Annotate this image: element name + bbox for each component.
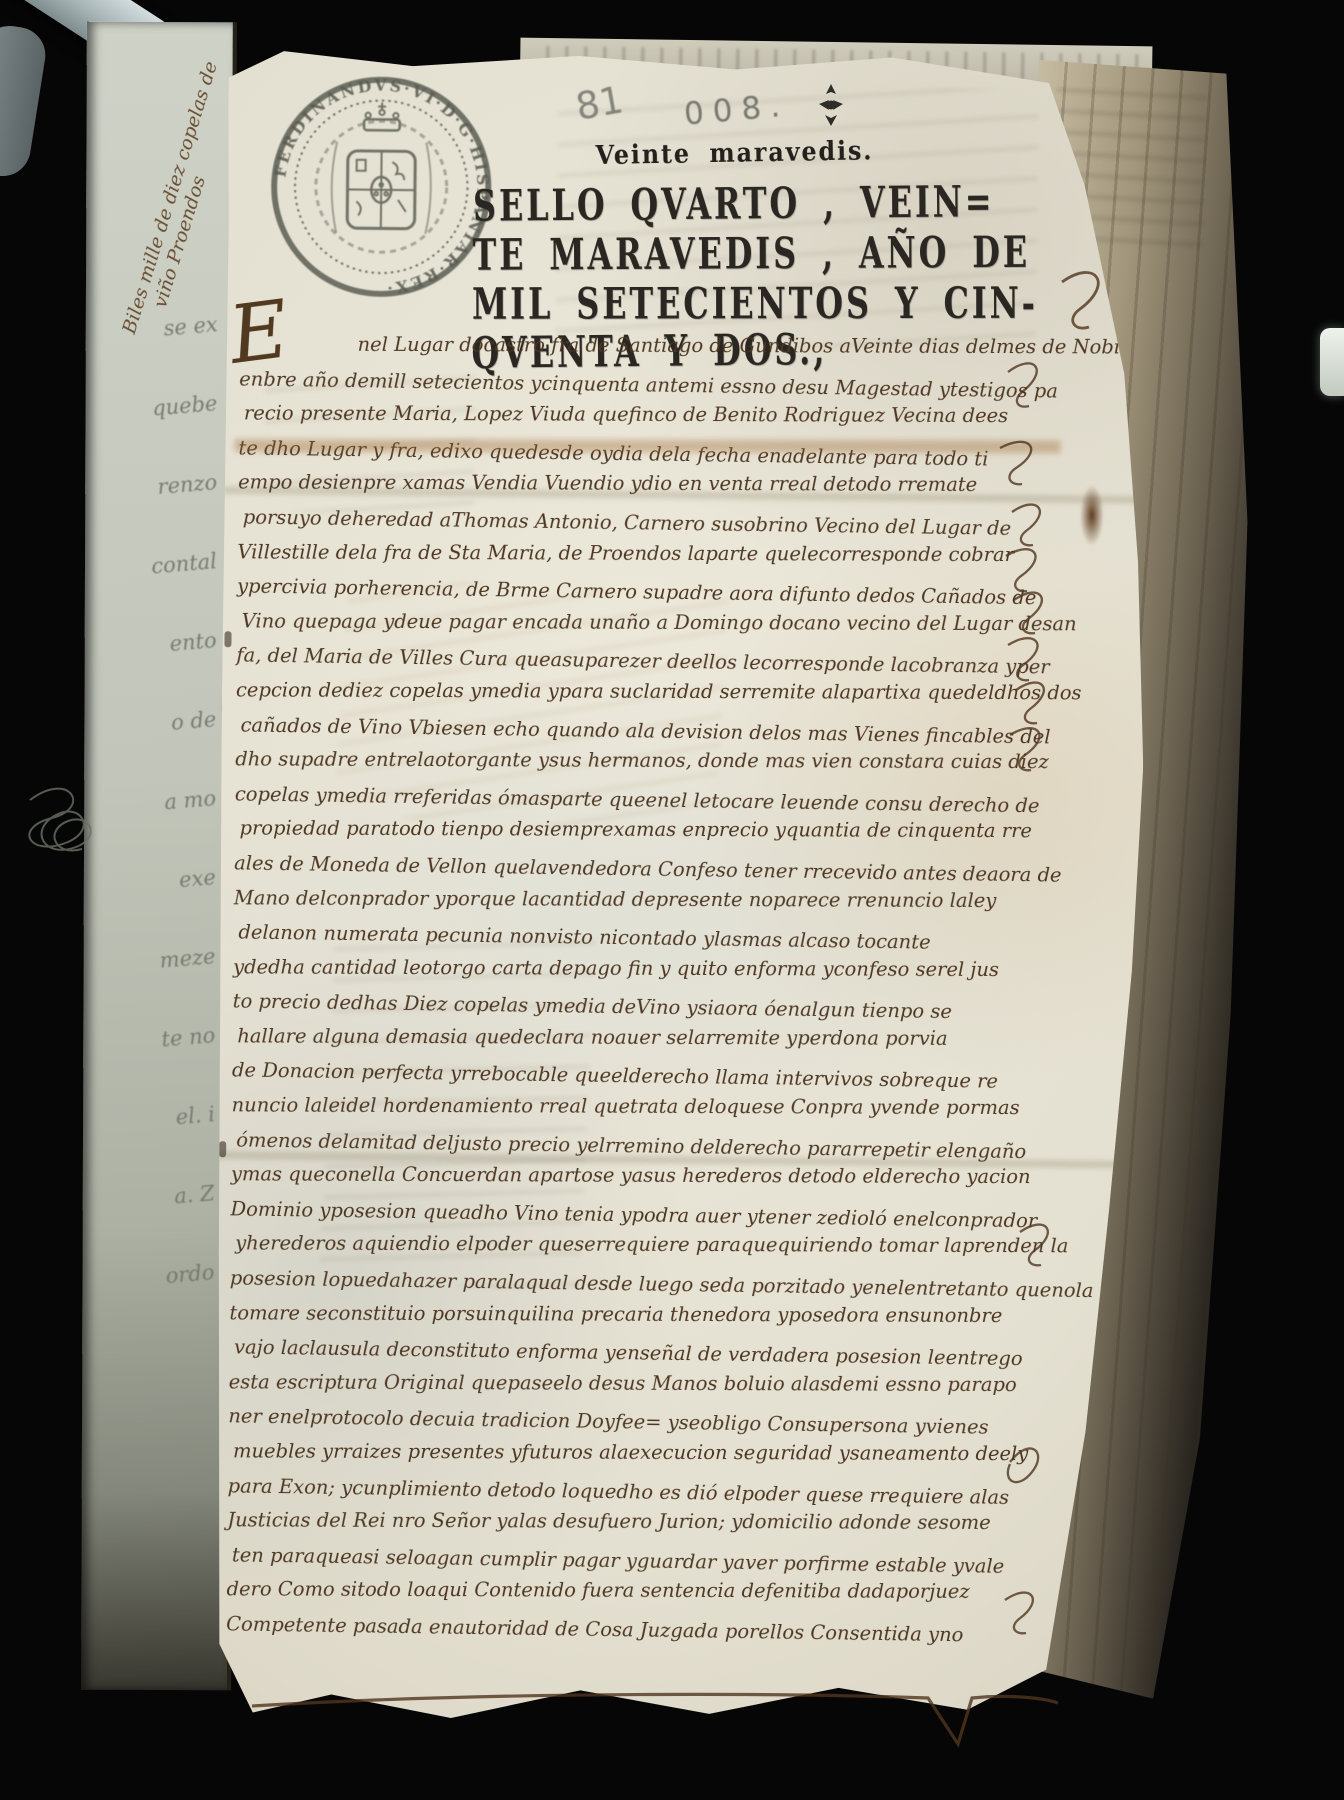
sello-heading-line: MIL SETECIENTOS Y CIN- [472,279,946,329]
manuscript-line: nuncio laleidel hordenamiento rreal quet… [232,1088,1112,1126]
manuscript-line: muebles yrraizes presentes yfuturos alae… [233,1434,1108,1472]
manuscript-line: dero Como sitodo loaqui Contenido fuera … [226,1573,1106,1611]
page-fragment-text: meze [81,916,233,1007]
manuscript-line: Justicias del Rei nro Señor yalas desufu… [227,1503,1107,1541]
manuscript-line: cepcion dediez copelas ymedia ypara sucl… [236,673,1116,711]
sello-heading-line: TE MARAVEDIS , AÑO DE [472,228,946,279]
manuscript-lines: nel Lugar docastro fra de Santiago de Gu… [226,327,1120,1651]
manuscript-line: esta escriptura Original quepaseelo desu… [229,1365,1109,1403]
background-object [1320,328,1344,396]
pencil-folio-number: 81 [573,78,627,129]
manuscript-line: recio presente Maria, Lopez Viuda quefin… [244,397,1119,435]
royal-tax-stamp: FERDINANDVS·VI·D·G·HISPANIAR·REX· [266,72,496,302]
manuscript-line: Mano delconprador yporque lacantidad dep… [234,881,1114,919]
tax-value-line: Veinte maravedis. [595,136,873,171]
manuscript-page: FERDINANDVS·VI·D·G·HISPANIAR·REX· Veinte… [211,23,1151,1739]
sello-heading-line: SELLO QVARTO , VEIN= [473,178,947,231]
binding-stitch [224,631,231,647]
manuscript-line: empo desienpre xamas Vendia Vuendio ydio… [238,466,1118,504]
manuscript-line: dho supadre entrelaotorgante ysus herman… [235,742,1115,780]
manuscript-line: ymas queconella Concuerdan apartose yasu… [231,1158,1111,1196]
previous-page-fragments: se exqueberenzocontalentoo dea moexemeze… [82,290,232,1318]
manuscript-line: Competente pasada enautoridad de Cosa Ju… [226,1607,1106,1655]
manuscript-line: yherederos aquiendio elpoder queserrequi… [235,1227,1110,1265]
binding-stitch [219,1141,226,1157]
page-fragment-text: a mo [81,758,233,849]
page-fragment-text: exe [81,837,233,928]
page-fragment-text: quebe [83,363,235,454]
manuscript-line: propiedad paratodo tienpo desiemprexamas… [239,812,1114,850]
page-fragment-text: o de [81,679,233,770]
page-fragment-text: contal [82,521,234,612]
page-fragment-text: ento [82,600,234,691]
manuscript-line: ydedha cantidad leotorgo carta depago fi… [233,950,1113,988]
manuscript-line: hallare alguna demasia quedeclara noauer… [237,1019,1112,1057]
page-fragment-text: a. Z [80,1153,232,1244]
smudge-stain [235,439,1061,453]
manuscript-line: tomare seconstituio porsuinquilina preca… [229,1296,1109,1334]
manuscript-line: Villestille dela fra de Sta Maria, de Pr… [237,535,1117,573]
printers-cross-ornament [816,82,846,128]
page-fragment-text: te no [80,995,232,1086]
manuscript-line: Vino quepaga ydeue pagar encada unaño a … [242,604,1117,642]
page-fragment-text: el. i [80,1074,232,1165]
photo-of-manuscript: { "photo": {"background": "#060607", "pa… [0,0,1344,1800]
cable-object-end [0,22,49,180]
page-fragment-text: renzo [82,442,234,533]
page-fragment-text: ordo [79,1232,231,1323]
manuscript-line: nel Lugar docastro fra de Santiago de Gu… [240,327,1120,365]
